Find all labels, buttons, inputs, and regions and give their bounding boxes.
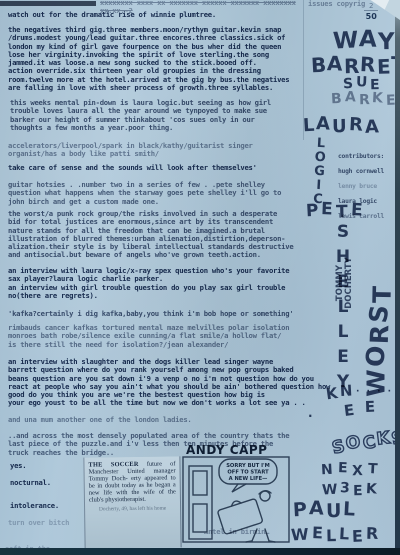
copy-denominator: 50 [364,11,378,21]
issues-copyright-label: issues copyrig [308,0,365,8]
typed-line-london-ladies: and una mum another one of the london la… [8,416,191,424]
typed-paragraph-slaughter-interview: an interview with slaughter and the dogs… [8,358,330,408]
clipping-text: THE SOCCER future of Manchester United m… [88,460,176,504]
overstrike-bar [0,1,96,6]
zine-page-scan: xxxxxxxx xxxx xx xxxxxxx xxxxxx xxxxxxx … [0,0,400,555]
stamp-sue-barker-surname: BARKER [331,92,400,106]
contributor-name: lenny bruce [338,183,377,190]
typed-paragraph-guitar-hotsies: guitar hotsies . .number two in a series… [8,181,281,206]
paper-crease [303,0,304,140]
typed-line-take-care: take care of sense and the sounds will l… [8,164,257,172]
stamp-wayne-barrett: WAYNE [333,30,400,53]
stamp-knee-kn: KN [325,385,354,402]
photo-bottom-edge [0,548,400,555]
tommy-docherty-label: TOMMY DOCHERTY [336,246,353,320]
speech-line: A NEW LIFE— [229,476,268,482]
clipping-footnote: Docherty, 49, has left his home [89,505,176,512]
stamp-next: NEXT [321,463,383,477]
stamp-knee-ee: EE [344,401,387,419]
typed-paragraph-laura-interview: an interview with laura logic/x-ray spex… [8,267,289,284]
photo-right-edge [395,0,400,555]
typed-paragraph-accelerators: accelerators/liverpool/spark in black/ka… [8,142,253,159]
typed-line-watch-out: watch out for the dramatic rise of winni… [8,11,216,19]
answer-yes: yes. [10,462,26,470]
stamp-wayne-barrett-surname: BARRET [311,55,400,75]
door-panel-top [193,471,207,495]
stamp-socks: SOCKS [331,428,400,458]
contributor-name: hugh cornwell [338,168,384,175]
stamp-laura-logic: LAURA [303,117,381,135]
stamp-knee-dots: · · · · · [356,388,400,397]
typed-line-kafka-quote: 'kafka?certainly i dig kafka,baby,you th… [8,310,293,318]
stray-ink-dot: · [308,410,313,422]
speech-line: OFF TO START [227,470,269,476]
typed-paragraph-negatives-gig: the negatives third gig.three members.mo… [8,26,289,92]
typed-paragraph-girltrouble-interview: an interview with girl trouble question … [8,284,285,301]
typed-paragraph-rimbaud: rimbauds cancer kafkas tortured mental m… [8,324,289,349]
stamp-paul-weller-surname: WELLER [291,527,381,543]
stamp-laura-logic-vertical: LOGIC [311,136,328,207]
stamp-pete-shelley: PETE [306,203,365,220]
stamp-paul-weller: PAUL [293,501,357,520]
speech-line: SORRY BUT I'M [226,463,270,469]
answer-faded-turn-over: turn over bitch [8,519,69,527]
answer-nocturnal: nocturnal. [10,479,51,487]
newspaper-clipping: THE SOCCER future of Manchester United m… [83,456,181,548]
stamp-worst: WORST [363,283,394,397]
contributors-title: contributors: [338,153,384,160]
stamp-week: W3EK [322,483,380,497]
answer-intolerance: intolerance. [10,502,59,510]
copy-number-fraction: 2 50 [364,2,378,21]
typed-paragraph-the-worst: the worst/a punk rock group/the risks in… [8,210,293,260]
docherty-line: DOCHERTY [344,257,354,309]
typed-paragraph-mental-pindown: this weeks mental pin-down is laura logi… [10,99,271,132]
comic-caption-faded: …ntel in birmin… [204,528,269,536]
speech-bubble-tail [232,484,246,492]
